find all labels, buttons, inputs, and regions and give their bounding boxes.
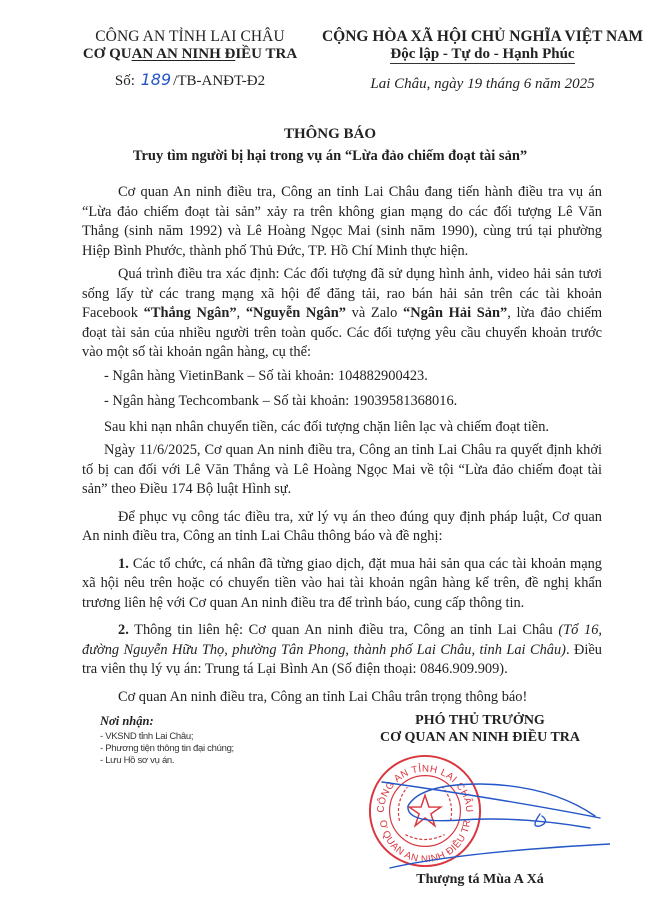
bank-account-vietinbank: - Ngân hàng VietinBank – Số tài khoản: 1… xyxy=(82,367,602,387)
request-item-1: 1. Các tổ chức, cá nhân đã từng giao dịc… xyxy=(82,555,602,614)
facebook-account-1: “Thắng Ngân” xyxy=(144,305,237,321)
document-body: Cơ quan An ninh điều tra, Công an tỉnh L… xyxy=(82,183,602,711)
recipients-heading: Nơi nhận: xyxy=(100,714,300,729)
request-item-2: 2. Thông tin liên hệ: Cơ quan An ninh đi… xyxy=(82,621,602,680)
paragraph-prosecution: Ngày 11/6/2025, Cơ quan An ninh điều tra… xyxy=(82,441,602,500)
document-title: THÔNG BÁO xyxy=(0,126,660,143)
recipient-item: - Lưu Hồ sơ vụ án. xyxy=(100,755,300,767)
recipients-block: Nơi nhận: - VKSND tỉnh Lai Châu; - Phươn… xyxy=(100,714,300,767)
country-name: CỘNG HÒA XÃ HỘI CHỦ NGHĨA VIỆT NAM xyxy=(310,28,655,45)
signer-position: PHÓ THỦ TRƯỞNG xyxy=(355,712,605,729)
paragraph-investigation: Quá trình điều tra xác định: Các đối tượ… xyxy=(82,265,602,363)
bank-account-techcombank: - Ngân hàng Techcombank – Số tài khoản: … xyxy=(82,392,602,412)
facebook-account-2: “Nguyễn Ngân” xyxy=(246,305,346,321)
paragraph-case-intro: Cơ quan An ninh điều tra, Công an tỉnh L… xyxy=(82,183,602,261)
closing-statement: Cơ quan An ninh điều tra, Công an tỉnh L… xyxy=(82,688,602,708)
national-header: CỘNG HÒA XÃ HỘI CHỦ NGHĨA VIỆT NAM Độc l… xyxy=(310,28,655,93)
signer-agency: CƠ QUAN AN NINH ĐIỀU TRA xyxy=(355,729,605,746)
department-name: CƠ QUAN AN NINH ĐIỀU TRA xyxy=(60,45,320,63)
national-motto: Độc lập - Tự do - Hạnh Phúc xyxy=(310,45,655,63)
agency-name: CÔNG AN TỈNH LAI CHÂU xyxy=(60,28,320,45)
paragraph-request: Để phục vụ công tác điều tra, xử lý vụ á… xyxy=(82,508,602,547)
place-date: Lai Châu, ngày 19 tháng 6 năm 2025 xyxy=(310,75,655,93)
document-number: Số: 189/TB-ANĐT-Đ2 xyxy=(60,71,320,90)
issuing-agency-header: CÔNG AN TỈNH LAI CHÂU CƠ QUAN AN NINH ĐI… xyxy=(60,28,320,90)
signature-block: PHÓ THỦ TRƯỞNG CƠ QUAN AN NINH ĐIỀU TRA xyxy=(355,712,605,746)
handwritten-signature-icon xyxy=(380,770,610,870)
recipient-item: - VKSND tỉnh Lai Châu; xyxy=(100,731,300,743)
handwritten-number: 189 xyxy=(139,70,174,89)
recipient-item: - Phương tiện thông tin đại chúng; xyxy=(100,743,300,755)
paragraph-after-transfer: Sau khi nạn nhân chuyển tiền, các đối tư… xyxy=(82,418,602,438)
signer-name: Thượng tá Mùa A Xá xyxy=(355,872,605,888)
document-subtitle: Truy tìm người bị hại trong vụ án “Lừa đ… xyxy=(0,148,660,165)
zalo-account: “Ngân Hải Sản” xyxy=(403,305,507,321)
